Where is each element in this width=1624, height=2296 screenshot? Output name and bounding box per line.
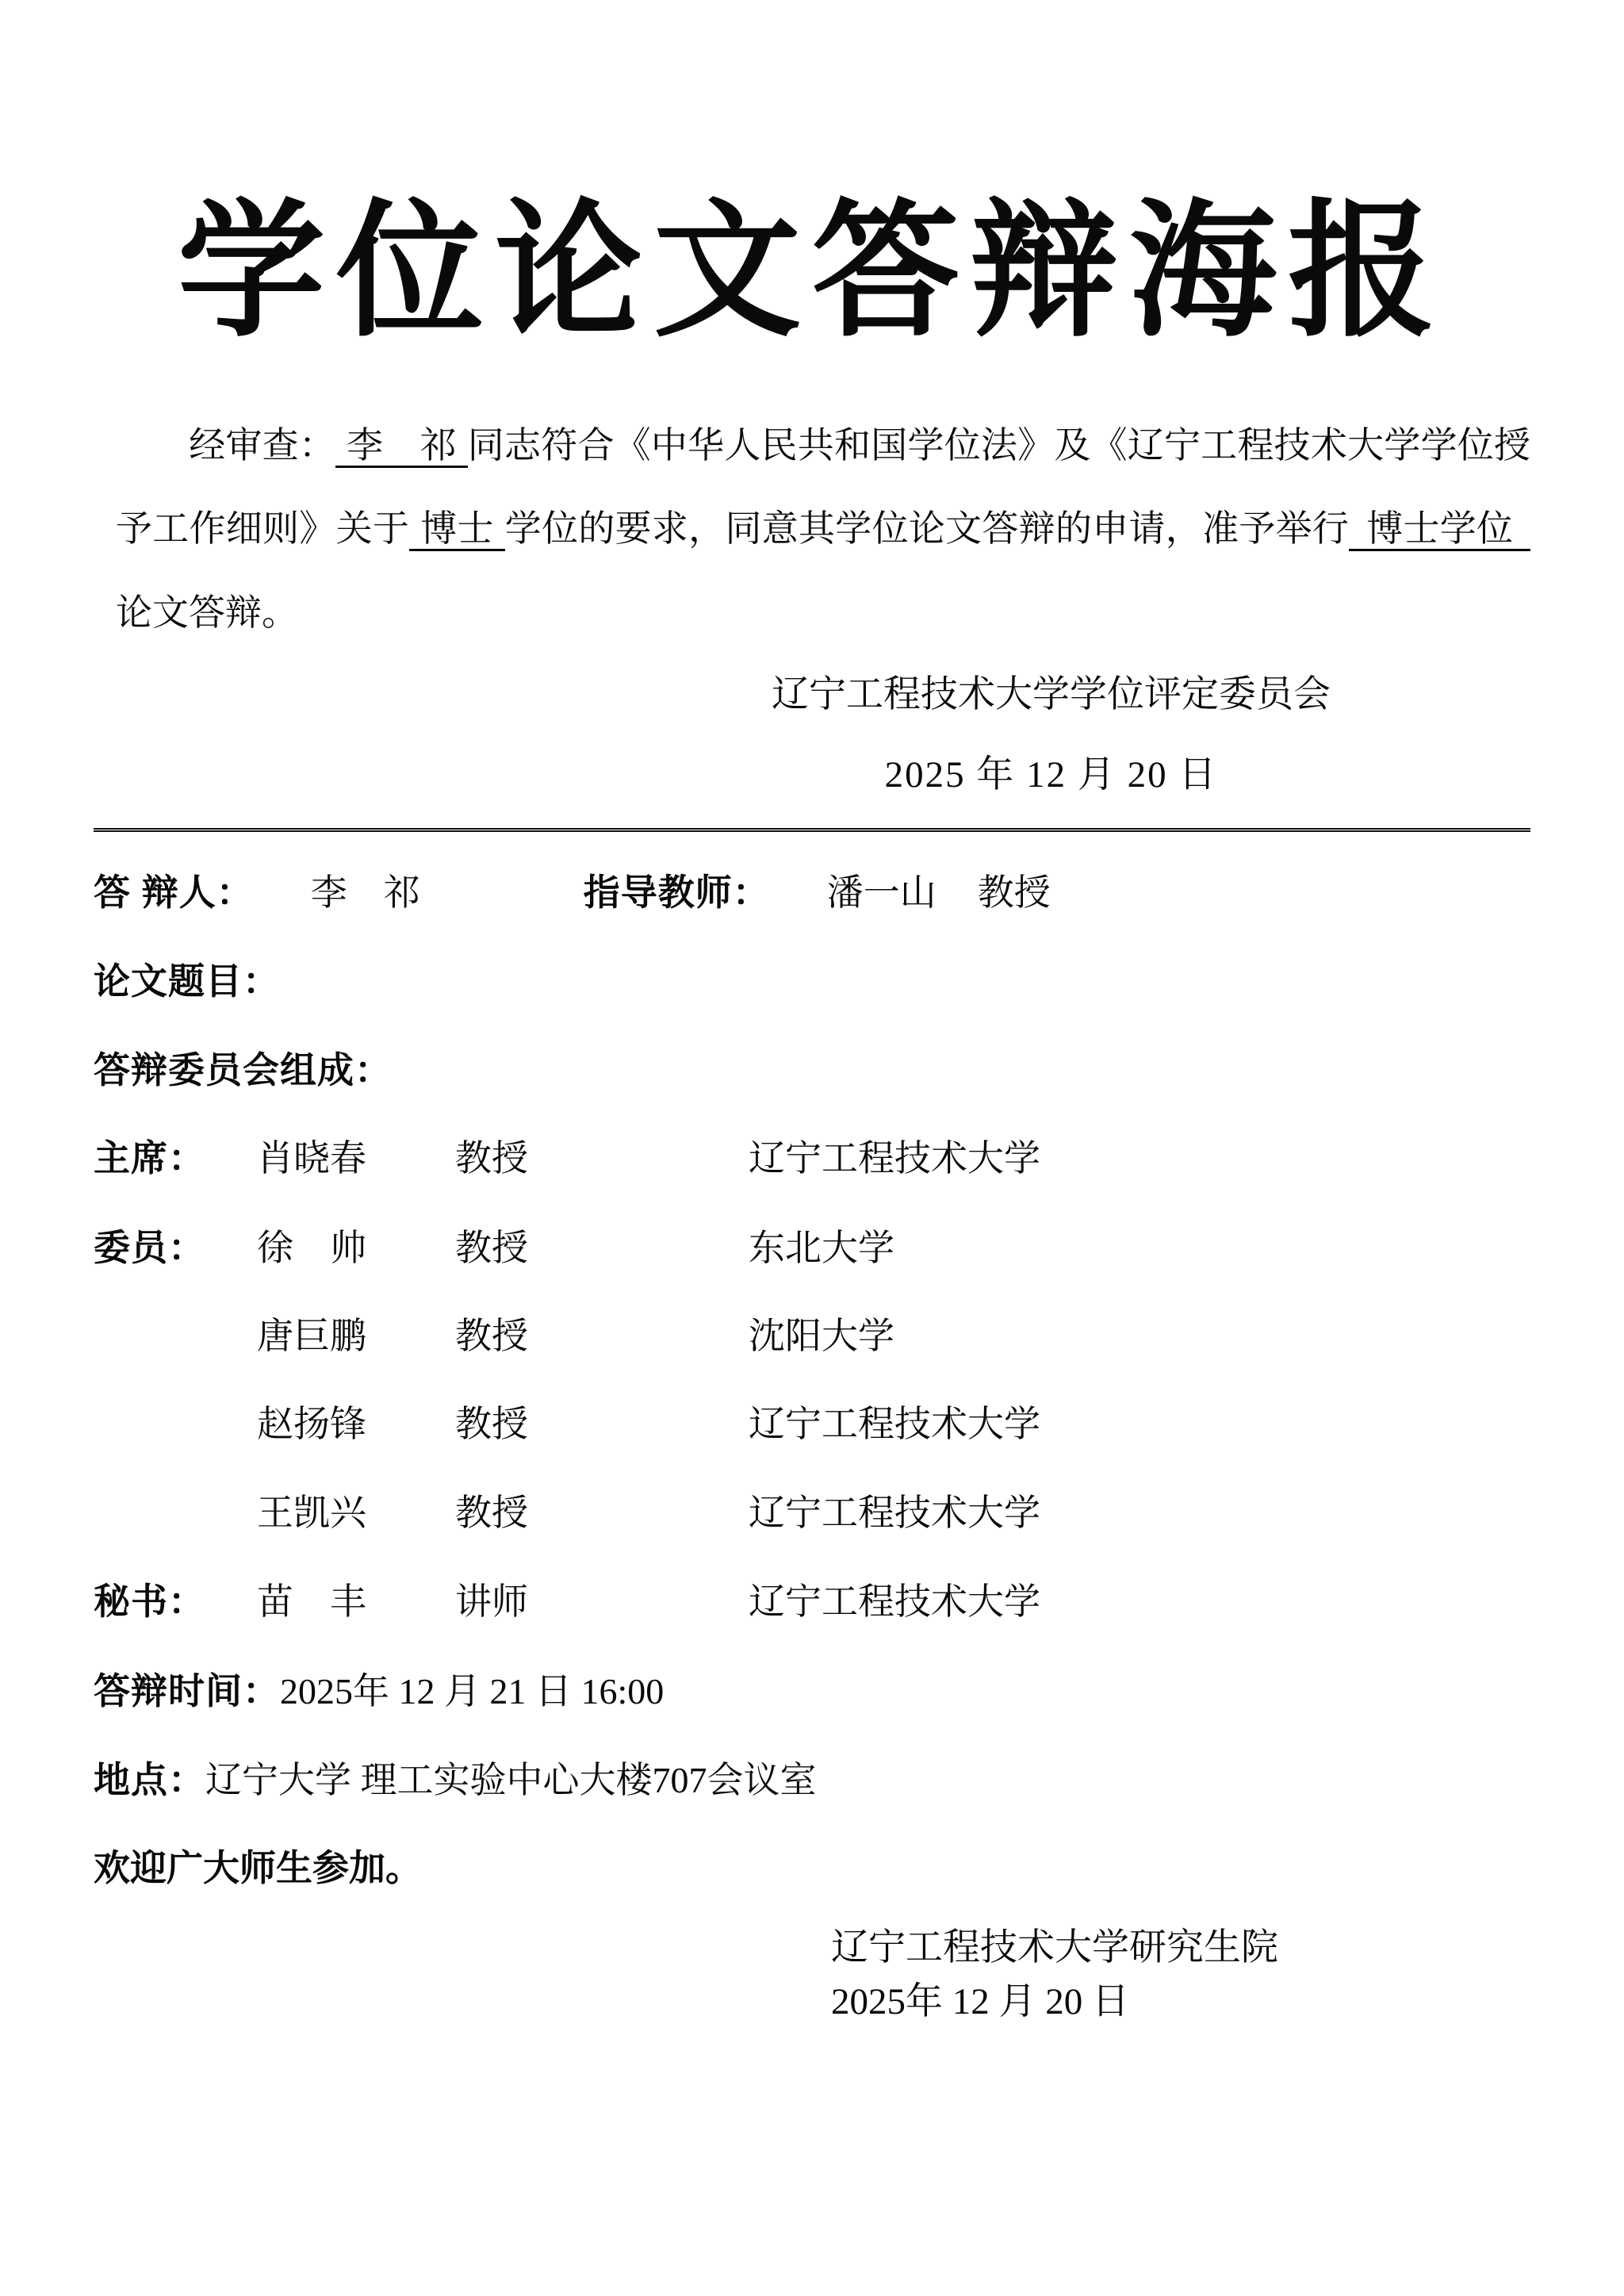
member-title: 教授 — [455, 1488, 749, 1539]
poster-page: 学位论文答辩海报 经审查：李 祁同志符合《中华人民共和国学位法》及《辽宁工程技术… — [0, 0, 1624, 2296]
advisor-name: 潘一山 — [827, 868, 936, 918]
thesis-title-label: 论文题目： — [94, 956, 280, 1006]
defense-time-row: 答辩时间： 2025年 12 月 21 日 16:00 — [94, 1665, 1530, 1717]
member-title: 教授 — [455, 1399, 749, 1450]
committee-row-member: 赵扬锋 教授 辽宁工程技术大学 — [94, 1399, 1530, 1450]
committee-row-secretary: 秘书： 苗 丰 讲师 辽宁工程技术大学 — [94, 1576, 1530, 1627]
defense-location-label: 地点： — [94, 1754, 205, 1805]
member-name: 赵扬锋 — [257, 1399, 455, 1450]
member-name: 苗 丰 — [257, 1577, 455, 1627]
defense-time-label: 答辩时间： — [94, 1665, 280, 1716]
committee-signature-org: 辽宁工程技术大学学位评定委员会 — [772, 655, 1331, 735]
member-title: 讲师 — [455, 1577, 749, 1627]
footer-signature-org: 辽宁工程技术大学研究生院 — [831, 1921, 1278, 1975]
member-role: 主席： — [94, 1133, 257, 1183]
defender-advisor-row: 答 辩人： 李 祁 指导教师： 潘一山 教授 — [94, 867, 1530, 918]
advisor-label: 指导教师： — [584, 867, 770, 918]
defense-time-value: 2025年 12 月 21 日 16:00 — [280, 1666, 664, 1717]
member-title: 教授 — [455, 1311, 749, 1362]
committee-row-member: 唐巨鹏 教授 沈阳大学 — [94, 1311, 1530, 1362]
member-affiliation: 辽宁工程技术大学 — [749, 1577, 1530, 1627]
welcome-line: 欢迎广大师生参加。 — [94, 1843, 1530, 1894]
committee-signature-date: 2025 年 12 月 20 日 — [772, 735, 1331, 815]
degree-underlined: 博士 — [409, 508, 505, 551]
member-name: 肖晓春 — [257, 1133, 455, 1184]
defender-label: 答 辩人： — [94, 867, 254, 918]
defender-name: 李 祁 — [311, 868, 420, 918]
approval-segment-3: 论文答辩。 — [116, 592, 298, 633]
member-role: 委员： — [94, 1222, 257, 1273]
committee-signature-block: 辽宁工程技术大学学位评定委员会 2025 年 12 月 20 日 — [772, 655, 1331, 815]
member-name: 王凯兴 — [257, 1488, 455, 1539]
member-affiliation: 辽宁工程技术大学 — [749, 1133, 1530, 1184]
member-affiliation: 沈阳大学 — [749, 1311, 1530, 1362]
defense-location-row: 地点： 辽宁大学 理工实验中心大楼707会议室 — [94, 1754, 1530, 1806]
member-title: 教授 — [455, 1133, 749, 1184]
member-role: 秘书： — [94, 1576, 257, 1627]
degree-full-underlined: 博士学位 — [1349, 508, 1530, 551]
member-name: 徐 帅 — [257, 1223, 455, 1274]
thesis-title-row: 论文题目： — [94, 956, 1530, 1006]
committee-row-chair: 主席： 肖晓春 教授 辽宁工程技术大学 — [94, 1133, 1530, 1184]
member-affiliation: 辽宁工程技术大学 — [749, 1488, 1530, 1539]
candidate-name-underlined: 李 祁 — [335, 425, 468, 468]
approval-lead-label: 经审查： — [189, 425, 335, 466]
member-name: 唐巨鹏 — [257, 1311, 455, 1362]
member-affiliation: 辽宁工程技术大学 — [749, 1399, 1530, 1450]
committee-heading-label: 答辩委员会组成： — [94, 1045, 392, 1095]
member-affiliation: 东北大学 — [749, 1223, 1530, 1274]
approval-paragraph: 经审查：李 祁同志符合《中华人民共和国学位法》及《辽宁工程技术大学学位授予工作细… — [116, 404, 1530, 655]
defense-details: 答 辩人： 李 祁 指导教师： 潘一山 教授 论文题目： 答辩委员会组成： 主席… — [94, 867, 1530, 1895]
member-title: 教授 — [455, 1223, 749, 1274]
poster-title: 学位论文答辩海报 — [94, 181, 1530, 366]
committee-row-member: 委员： 徐 帅 教授 东北大学 — [94, 1222, 1530, 1274]
welcome-text: 欢迎广大师生参加。 — [94, 1843, 422, 1894]
footer-signature-block: 辽宁工程技术大学研究生院 2025年 12 月 20 日 — [831, 1921, 1278, 2029]
separator-rule — [94, 828, 1530, 832]
committee-row-member: 王凯兴 教授 辽宁工程技术大学 — [94, 1488, 1530, 1539]
committee-heading-row: 答辩委员会组成： — [94, 1045, 1530, 1095]
footer-signature-date: 2025年 12 月 20 日 — [831, 1975, 1278, 2029]
defense-location-value: 辽宁大学 理工实验中心大楼707会议室 — [205, 1755, 817, 1806]
advisor-title: 教授 — [978, 868, 1051, 918]
approval-segment-2: 学位的要求，同意其学位论文答辩的申请，准予举行 — [505, 508, 1349, 549]
